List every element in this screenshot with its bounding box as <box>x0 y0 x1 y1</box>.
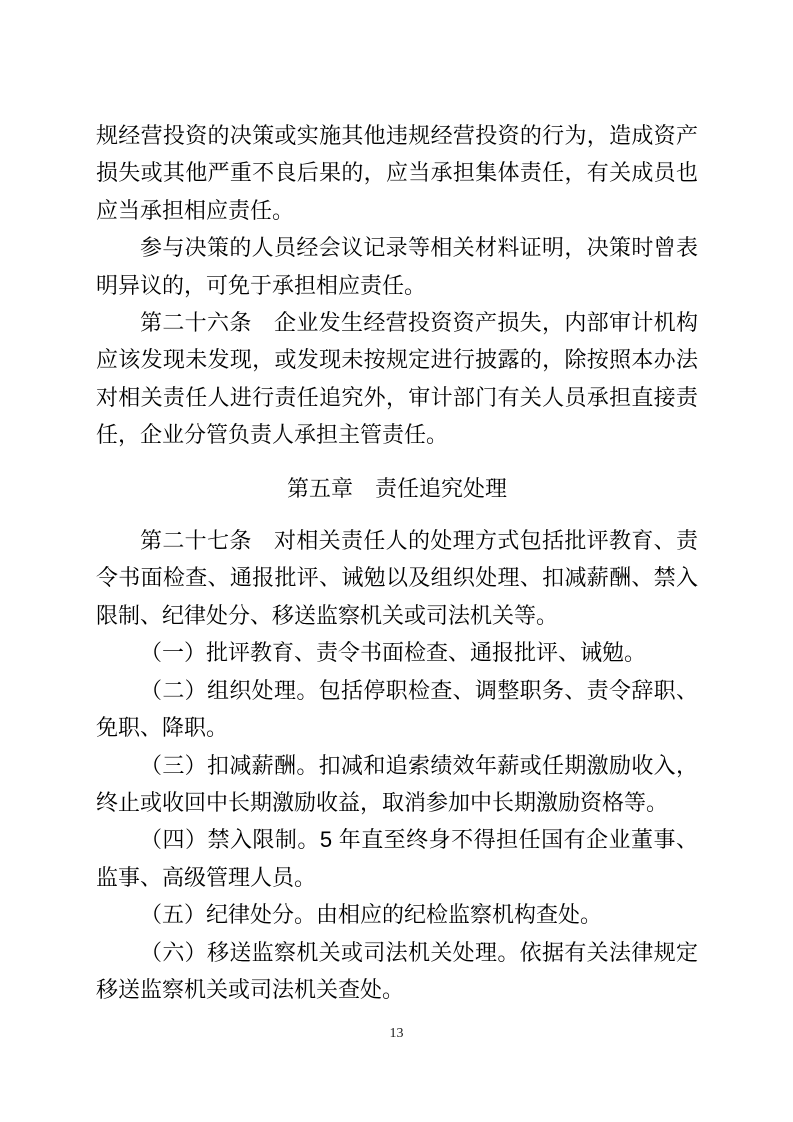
paragraph-continuation: 规经营投资的决策或实施其他违规经营投资的行为，造成资产损失或其他严重不良后果的，… <box>96 117 698 229</box>
paragraph-article-27-intro: 第二十七条 对相关责任人的处理方式包括批评教育、责令书面检查、通报批评、诫勉以及… <box>96 522 698 634</box>
list-item-1: （一）批评教育、责令书面检查、通报批评、诫勉。 <box>96 634 698 671</box>
paragraph-article-26: 第二十六条 企业发生经营投资资产损失，内部审计机构应该发现未发现，或发现未按规定… <box>96 304 698 454</box>
document-page: 规经营投资的决策或实施其他违规经营投资的行为，造成资产损失或其他严重不良后果的，… <box>0 0 793 1122</box>
page-body: 规经营投资的决策或实施其他违规经营投资的行为，造成资产损失或其他严重不良后果的，… <box>96 117 698 1008</box>
list-item-2: （二）组织处理。包括停职检查、调整职务、责令辞职、免职、降职。 <box>96 672 698 747</box>
paragraph-dissent-exemption: 参与决策的人员经会议记录等相关材料证明，决策时曾表明异议的，可免于承担相应责任。 <box>96 229 698 304</box>
list-item-6: （六）移送监察机关或司法机关处理。依据有关法律规定移送监察机关或司法机关查处。 <box>96 934 698 1009</box>
page-number: 13 <box>0 1024 793 1044</box>
list-item-3: （三）扣减薪酬。扣减和追索绩效年薪或任期激励收入，终止或收回中长期激励收益，取消… <box>96 747 698 822</box>
list-item-5: （五）纪律处分。由相应的纪检监察机构查处。 <box>96 896 698 933</box>
list-item-4: （四）禁入限制。5 年直至终身不得担任国有企业董事、监事、高级管理人员。 <box>96 821 698 896</box>
chapter-heading: 第五章 责任追究处理 <box>96 470 698 507</box>
